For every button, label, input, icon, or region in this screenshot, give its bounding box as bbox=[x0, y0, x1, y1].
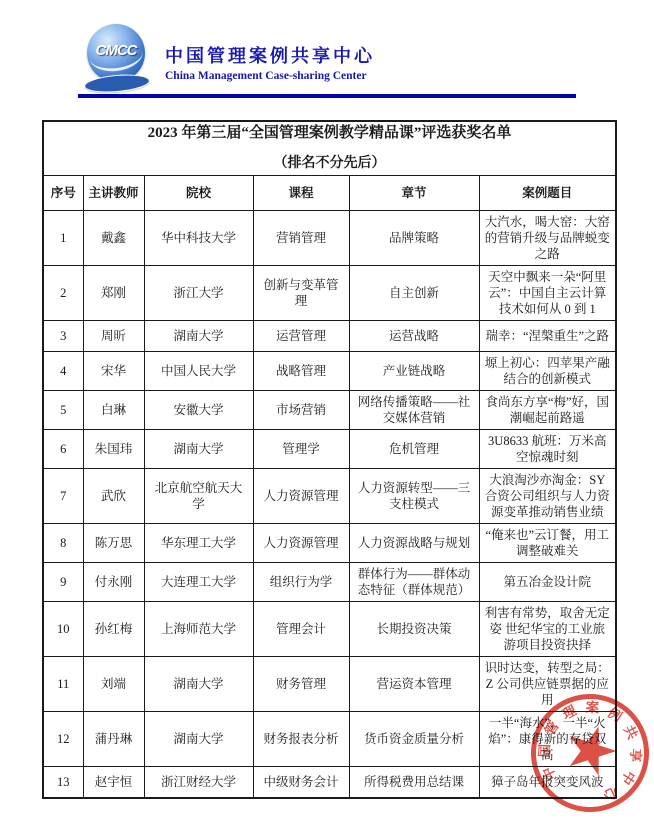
table-row: 9付永刚大连理工大学组织行为学群体行为——群体动态特征（群体规范）第五冶金设计院 bbox=[43, 563, 616, 602]
cell-case_title: 3U8633 航班：万米高空惊魂时刻 bbox=[479, 430, 616, 469]
cell-chapter: 运营战略 bbox=[349, 321, 479, 352]
cell-no: 5 bbox=[43, 391, 83, 430]
cell-case_title: 瑞幸：“涅槃重生”之路 bbox=[479, 321, 616, 352]
logo-acronym: CMCC bbox=[87, 42, 145, 59]
cell-school: 浙江财经大学 bbox=[144, 767, 253, 799]
table-row: 10孙红梅上海师范大学管理会计长期投资决策利害有常势，取舍无定姿 世纪华宝的工业… bbox=[43, 602, 616, 657]
cell-no: 8 bbox=[43, 524, 83, 563]
table-row: 11刘端湖南大学财务管理营运资本管理识时达变，转型之局：Z 公司供应链票据的应用 bbox=[43, 657, 616, 712]
cell-case_title: 利害有常势，取舍无定姿 世纪华宝的工业旅游项目投资抉择 bbox=[479, 602, 616, 657]
cell-no: 9 bbox=[43, 563, 83, 602]
cell-case_title: 第五冶金设计院 bbox=[479, 563, 616, 602]
cell-chapter: 所得税费用总结课 bbox=[349, 767, 479, 799]
table-row: 8陈万思华东理工大学人力资源管理人力资源战略与规划“俺来也”云订餐，用工调整破难… bbox=[43, 524, 616, 563]
cell-school: 安徽大学 bbox=[144, 391, 253, 430]
cell-teacher: 陈万思 bbox=[83, 524, 144, 563]
cell-chapter: 群体行为——群体动态特征（群体规范） bbox=[349, 563, 479, 602]
cell-teacher: 付永刚 bbox=[83, 563, 144, 602]
document-subtitle: （排名不分先后） bbox=[49, 156, 610, 172]
cell-school: 北京航空航天大学 bbox=[144, 469, 253, 524]
cell-teacher: 朱国玮 bbox=[83, 430, 144, 469]
table-title-row: 2023 年第三届“全国管理案例教学精品课”评选获奖名单 （排名不分先后） bbox=[43, 121, 616, 176]
cell-no: 4 bbox=[43, 352, 83, 391]
cell-course: 财务报表分析 bbox=[253, 712, 349, 767]
cell-case_title: 一半“海水”，一半“火焰”：康得新的存贷双高 bbox=[479, 712, 616, 767]
cell-school: 大连理工大学 bbox=[144, 563, 253, 602]
cell-course: 运营管理 bbox=[253, 321, 349, 352]
cell-chapter: 营运资本管理 bbox=[349, 657, 479, 712]
cell-teacher: 白琳 bbox=[83, 391, 144, 430]
seal-character: 共 bbox=[618, 720, 642, 744]
cell-teacher: 武欣 bbox=[83, 469, 144, 524]
cell-case_title: 塬上初心：四苹果产融结合的创新模式 bbox=[479, 352, 616, 391]
table-row: 7武欣北京航空航天大学人力资源管理人力资源转型——三支柱模式大浪淘沙亦淘金：SY… bbox=[43, 469, 616, 524]
cell-chapter: 人力资源战略与规划 bbox=[349, 524, 479, 563]
cell-case_title: 大汽水，喝大窑：大窑的营销升级与品牌蜕变之路 bbox=[479, 211, 616, 266]
cell-no: 3 bbox=[43, 321, 83, 352]
award-table: 2023 年第三届“全国管理案例教学精品课”评选获奖名单 （排名不分先后） 序号… bbox=[42, 120, 617, 799]
cell-school: 湖南大学 bbox=[144, 712, 253, 767]
cell-teacher: 刘端 bbox=[83, 657, 144, 712]
cell-no: 13 bbox=[43, 767, 83, 799]
cell-school: 湖南大学 bbox=[144, 321, 253, 352]
table-row: 5白琳安徽大学市场营销网络传播策略——社交媒体营销食尚东方享“梅”好，国潮崛起前… bbox=[43, 391, 616, 430]
cell-no: 2 bbox=[43, 266, 83, 321]
table-row: 2郑刚浙江大学创新与变革管理自主创新天空中飘来一朵“阿里云”：中国自主云计算技术… bbox=[43, 266, 616, 321]
table-row: 12蒲丹琳湖南大学财务报表分析货币资金质量分析一半“海水”，一半“火焰”：康得新… bbox=[43, 712, 616, 767]
cell-case_title: “俺来也”云订餐，用工调整破难关 bbox=[479, 524, 616, 563]
cell-chapter: 网络传播策略——社交媒体营销 bbox=[349, 391, 479, 430]
cell-course: 中级财务会计 bbox=[253, 767, 349, 799]
award-table-body: 1戴鑫华中科技大学营销管理品牌策略大汽水，喝大窑：大窑的营销升级与品牌蜕变之路2… bbox=[43, 211, 616, 799]
cell-course: 组织行为学 bbox=[253, 563, 349, 602]
logo-ribbon-decoration bbox=[83, 72, 150, 95]
cell-chapter: 自主创新 bbox=[349, 266, 479, 321]
table-row: 13赵宇恒浙江财经大学中级财务会计所得税费用总结课獐子岛年报突变风波 bbox=[43, 767, 616, 799]
cell-school: 华东理工大学 bbox=[144, 524, 253, 563]
cell-case_title: 大浪淘沙亦淘金：SY 合资公司组织与人力资源变革推动销售业绩 bbox=[479, 469, 616, 524]
cell-course: 人力资源管理 bbox=[253, 524, 349, 563]
cell-school: 华中科技大学 bbox=[144, 211, 253, 266]
cell-case_title: 天空中飘来一朵“阿里云”：中国自主云计算技术如何从 0 到 1 bbox=[479, 266, 616, 321]
globe-icon: CMCC bbox=[87, 24, 145, 82]
cell-teacher: 蒲丹琳 bbox=[83, 712, 144, 767]
document-title: 2023 年第三届“全国管理案例教学精品课”评选获奖名单 bbox=[49, 125, 610, 141]
table-title: 2023 年第三届“全国管理案例教学精品课”评选获奖名单 （排名不分先后） bbox=[43, 121, 616, 176]
column-header-chapter: 章节 bbox=[349, 176, 479, 211]
cell-teacher: 孙红梅 bbox=[83, 602, 144, 657]
cell-chapter: 长期投资决策 bbox=[349, 602, 479, 657]
table-row: 4宋华中国人民大学战略管理产业链战略塬上初心：四苹果产融结合的创新模式 bbox=[43, 352, 616, 391]
cell-school: 中国人民大学 bbox=[144, 352, 253, 391]
column-header-case: 案例题目 bbox=[479, 176, 616, 211]
cell-course: 营销管理 bbox=[253, 211, 349, 266]
cell-no: 11 bbox=[43, 657, 83, 712]
cell-chapter: 危机管理 bbox=[349, 430, 479, 469]
column-header-teacher: 主讲教师 bbox=[83, 176, 144, 211]
cell-no: 7 bbox=[43, 469, 83, 524]
cell-course: 管理学 bbox=[253, 430, 349, 469]
cell-teacher: 宋华 bbox=[83, 352, 144, 391]
cell-case_title: 识时达变，转型之局：Z 公司供应链票据的应用 bbox=[479, 657, 616, 712]
seal-character: 中 bbox=[615, 765, 640, 790]
cell-school: 浙江大学 bbox=[144, 266, 253, 321]
cell-chapter: 产业链战略 bbox=[349, 352, 479, 391]
cell-school: 上海师范大学 bbox=[144, 602, 253, 657]
cell-course: 创新与变革管理 bbox=[253, 266, 349, 321]
column-header-school: 院校 bbox=[144, 176, 253, 211]
cell-school: 湖南大学 bbox=[144, 430, 253, 469]
cell-school: 湖南大学 bbox=[144, 657, 253, 712]
cell-case_title: 獐子岛年报突变风波 bbox=[479, 767, 616, 799]
cell-course: 财务管理 bbox=[253, 657, 349, 712]
table-header-row: 序号 主讲教师 院校 课程 章节 案例题目 bbox=[43, 176, 616, 211]
cell-course: 战略管理 bbox=[253, 352, 349, 391]
table-row: 3周昕湖南大学运营管理运营战略瑞幸：“涅槃重生”之路 bbox=[43, 321, 616, 352]
cell-teacher: 周昕 bbox=[83, 321, 144, 352]
cell-course: 市场营销 bbox=[253, 391, 349, 430]
cell-course: 管理会计 bbox=[253, 602, 349, 657]
cell-teacher: 郑刚 bbox=[83, 266, 144, 321]
cell-no: 10 bbox=[43, 602, 83, 657]
cell-case_title: 食尚东方享“梅”好，国潮崛起前路遥 bbox=[479, 391, 616, 430]
cmcc-logo-icon: CMCC bbox=[80, 24, 154, 94]
seal-character: 享 bbox=[625, 746, 644, 765]
cell-no: 1 bbox=[43, 211, 83, 266]
cell-teacher: 赵宇恒 bbox=[83, 767, 144, 799]
cell-chapter: 人力资源转型——三支柱模式 bbox=[349, 469, 479, 524]
letterhead: CMCC 中国管理案例共享中心 China Management Case-sh… bbox=[0, 0, 654, 110]
org-name-english: China Management Case-sharing Center bbox=[165, 70, 367, 82]
table-row: 1戴鑫华中科技大学营销管理品牌策略大汽水，喝大窑：大窑的营销升级与品牌蜕变之路 bbox=[43, 211, 616, 266]
org-name-chinese: 中国管理案例共享中心 bbox=[165, 42, 375, 68]
table-row: 6朱国玮湖南大学管理学危机管理3U8633 航班：万米高空惊魂时刻 bbox=[43, 430, 616, 469]
header-divider bbox=[78, 94, 576, 98]
cell-course: 人力资源管理 bbox=[253, 469, 349, 524]
column-header-course: 课程 bbox=[253, 176, 349, 211]
cell-chapter: 品牌策略 bbox=[349, 211, 479, 266]
cell-teacher: 戴鑫 bbox=[83, 211, 144, 266]
cell-no: 12 bbox=[43, 712, 83, 767]
column-header-no: 序号 bbox=[43, 176, 83, 211]
cell-chapter: 货币资金质量分析 bbox=[349, 712, 479, 767]
cell-no: 6 bbox=[43, 430, 83, 469]
